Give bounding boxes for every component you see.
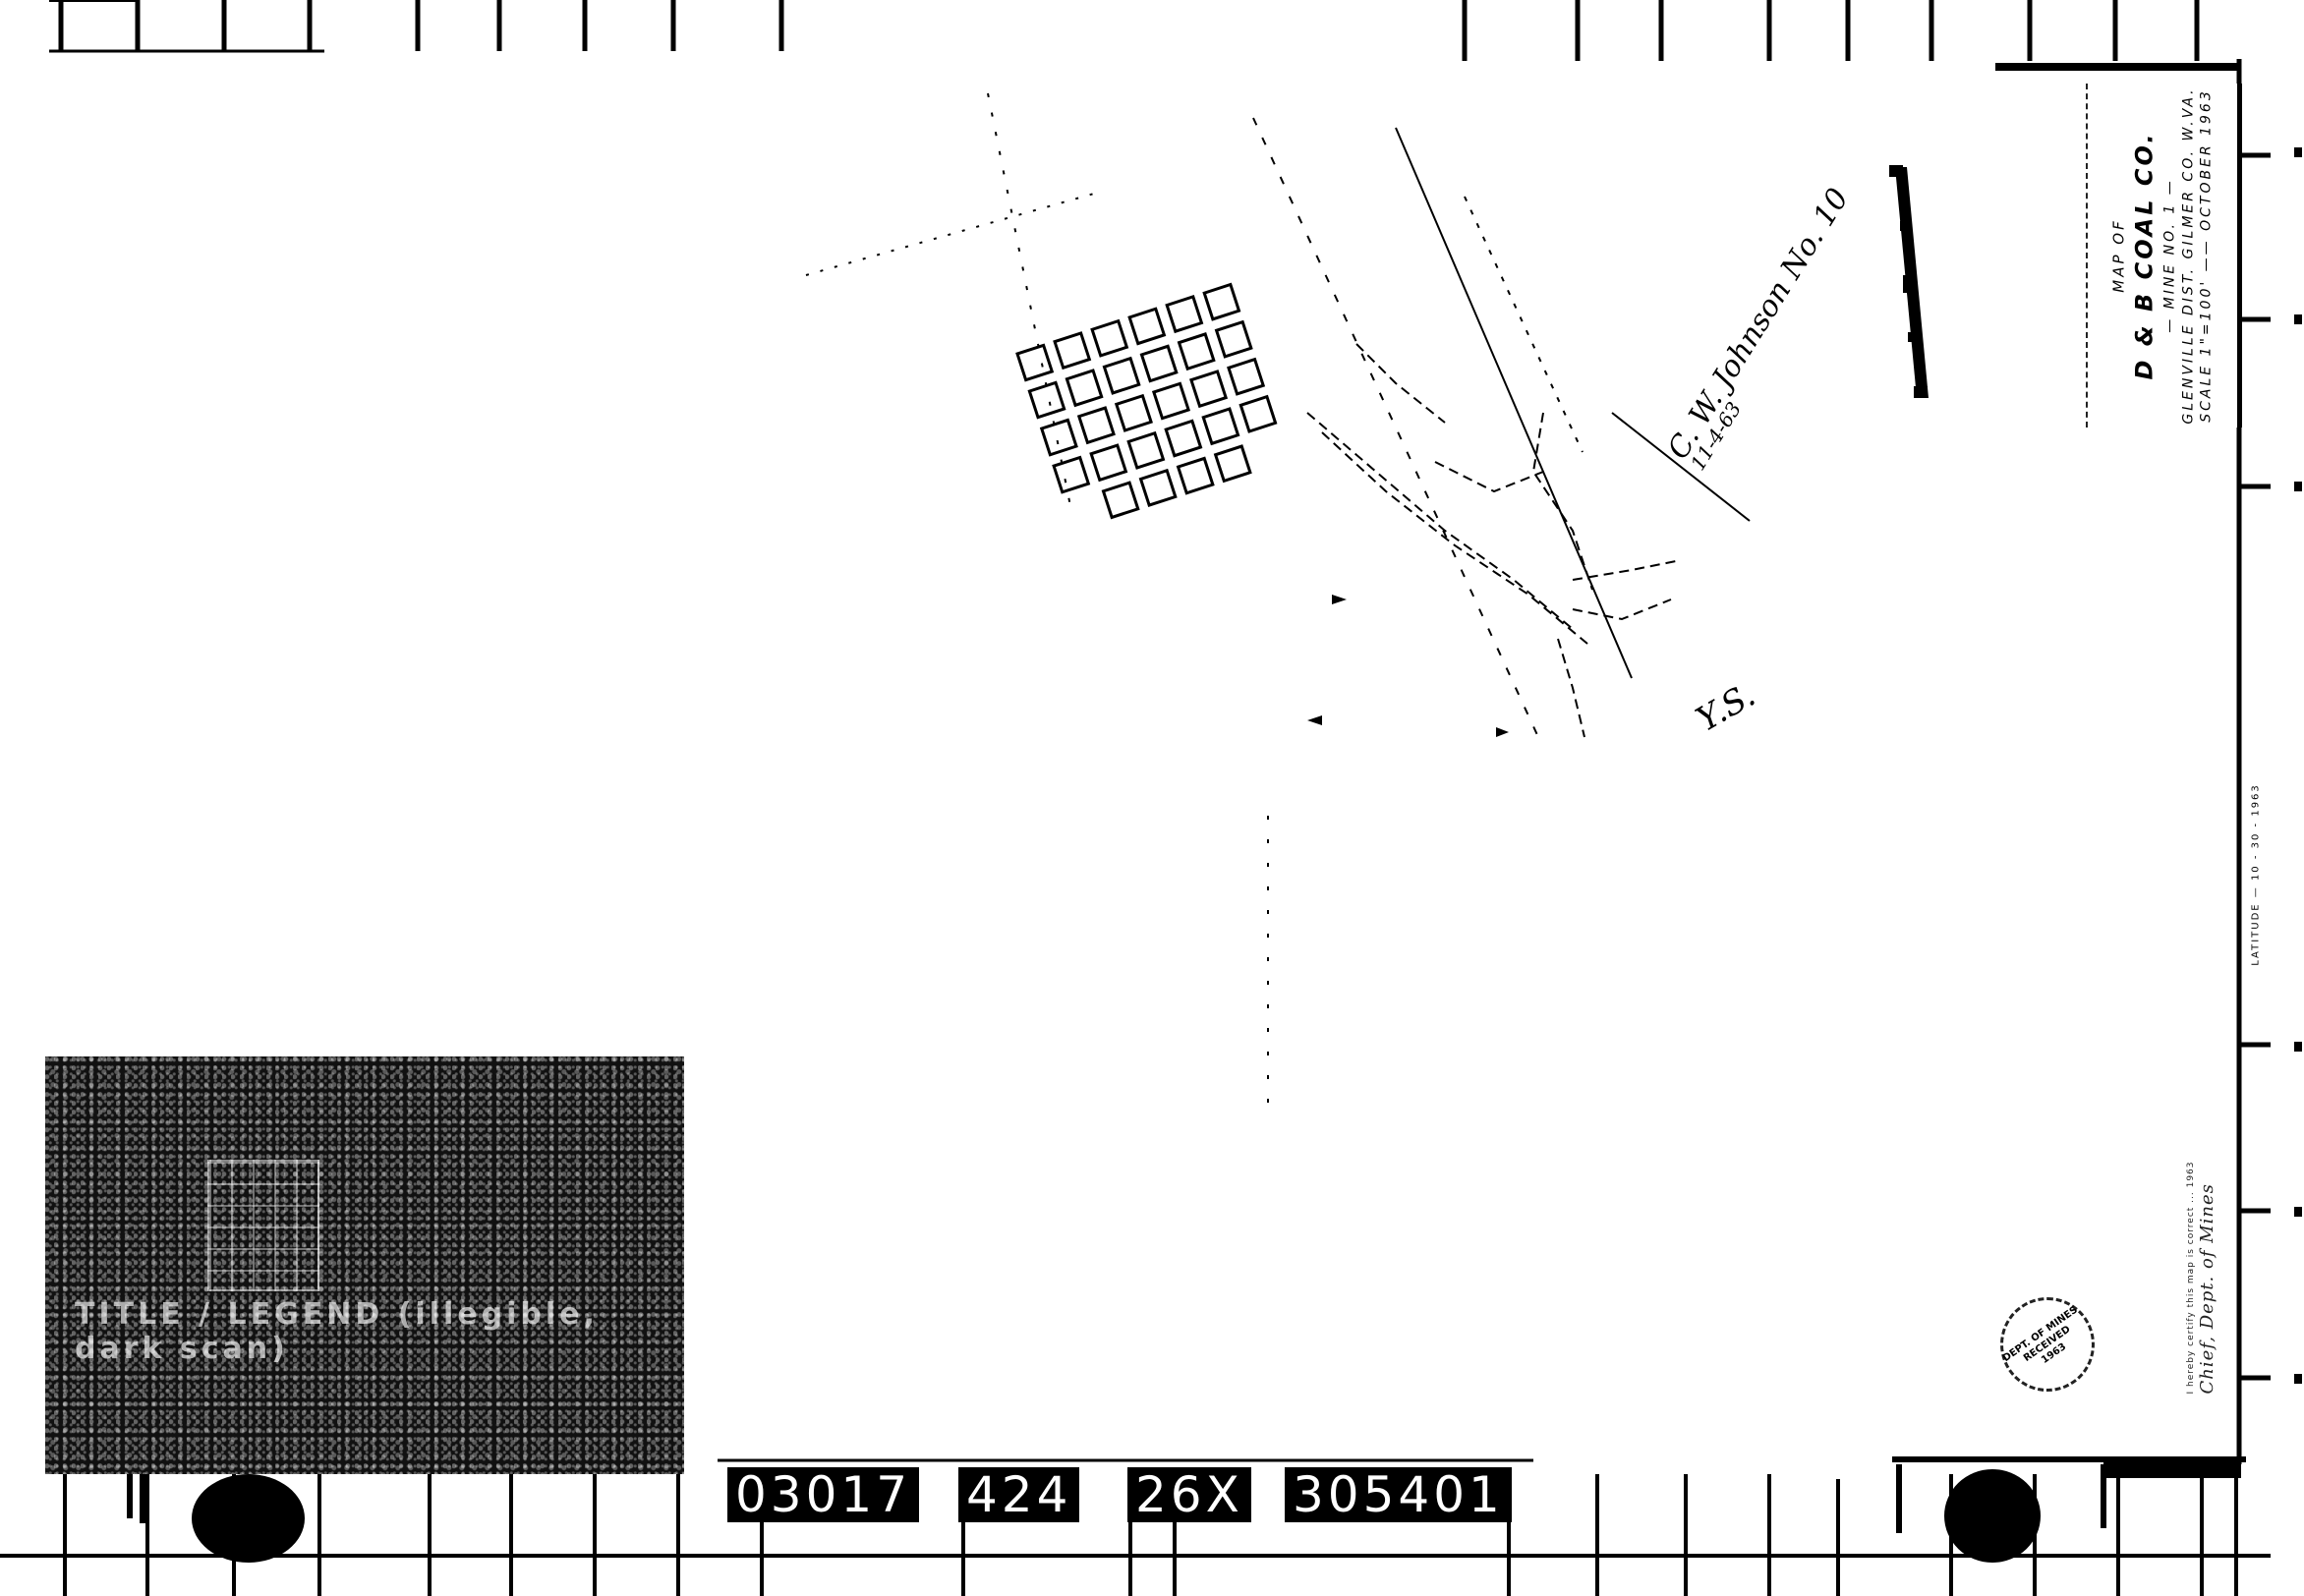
title-scale-date: SCALE 1"=100' —— OCTOBER 1963 (2198, 86, 2217, 424)
title-mine: — MINE NO. 1 — (2160, 86, 2179, 424)
film-label-serial: 305401 (1285, 1467, 1512, 1522)
scale-bar (1889, 165, 1929, 398)
entries (1307, 344, 1681, 737)
received-stamp: DEPT. OF MINES RECEIVED 1963 (2000, 1297, 2095, 1392)
side-note: LATITUDE — 10 - 30 - 1963 (2241, 786, 2271, 963)
sprocket-hole-left (192, 1474, 305, 1563)
legend-inset: TITLE / LEGEND (illegible, dark scan) (45, 1056, 684, 1474)
certification-signature: Chief, Dept. of Mines (2197, 1161, 2218, 1394)
top-ruler (61, 0, 2197, 61)
legend-label: TITLE / LEGEND (illegible, dark scan) (75, 1297, 684, 1366)
film-label-reel: 03017 (727, 1467, 919, 1522)
certification-text: I hereby certify this map is correct ...… (2185, 1161, 2197, 1394)
title-location: GLENVILLE DIST. GILMER CO. W.VA. (2179, 86, 2198, 424)
title-map-of: MAP OF (2108, 86, 2128, 424)
title-block: MAP OF D & B COAL CO. — MINE NO. 1 — GLE… (2086, 84, 2242, 427)
certification-block: I hereby certify this map is correct ...… (2172, 1130, 2231, 1425)
legend-grid (207, 1160, 319, 1291)
stamp-text: DEPT. OF MINES RECEIVED 1963 (2001, 1304, 2094, 1384)
sprocket-hole-right (1944, 1469, 2041, 1563)
film-label-frame: 424 (958, 1467, 1079, 1522)
title-company: D & B COAL CO. (2129, 86, 2160, 424)
mine-workings (1017, 285, 1288, 530)
film-label-reduction: 26X (1127, 1467, 1251, 1522)
